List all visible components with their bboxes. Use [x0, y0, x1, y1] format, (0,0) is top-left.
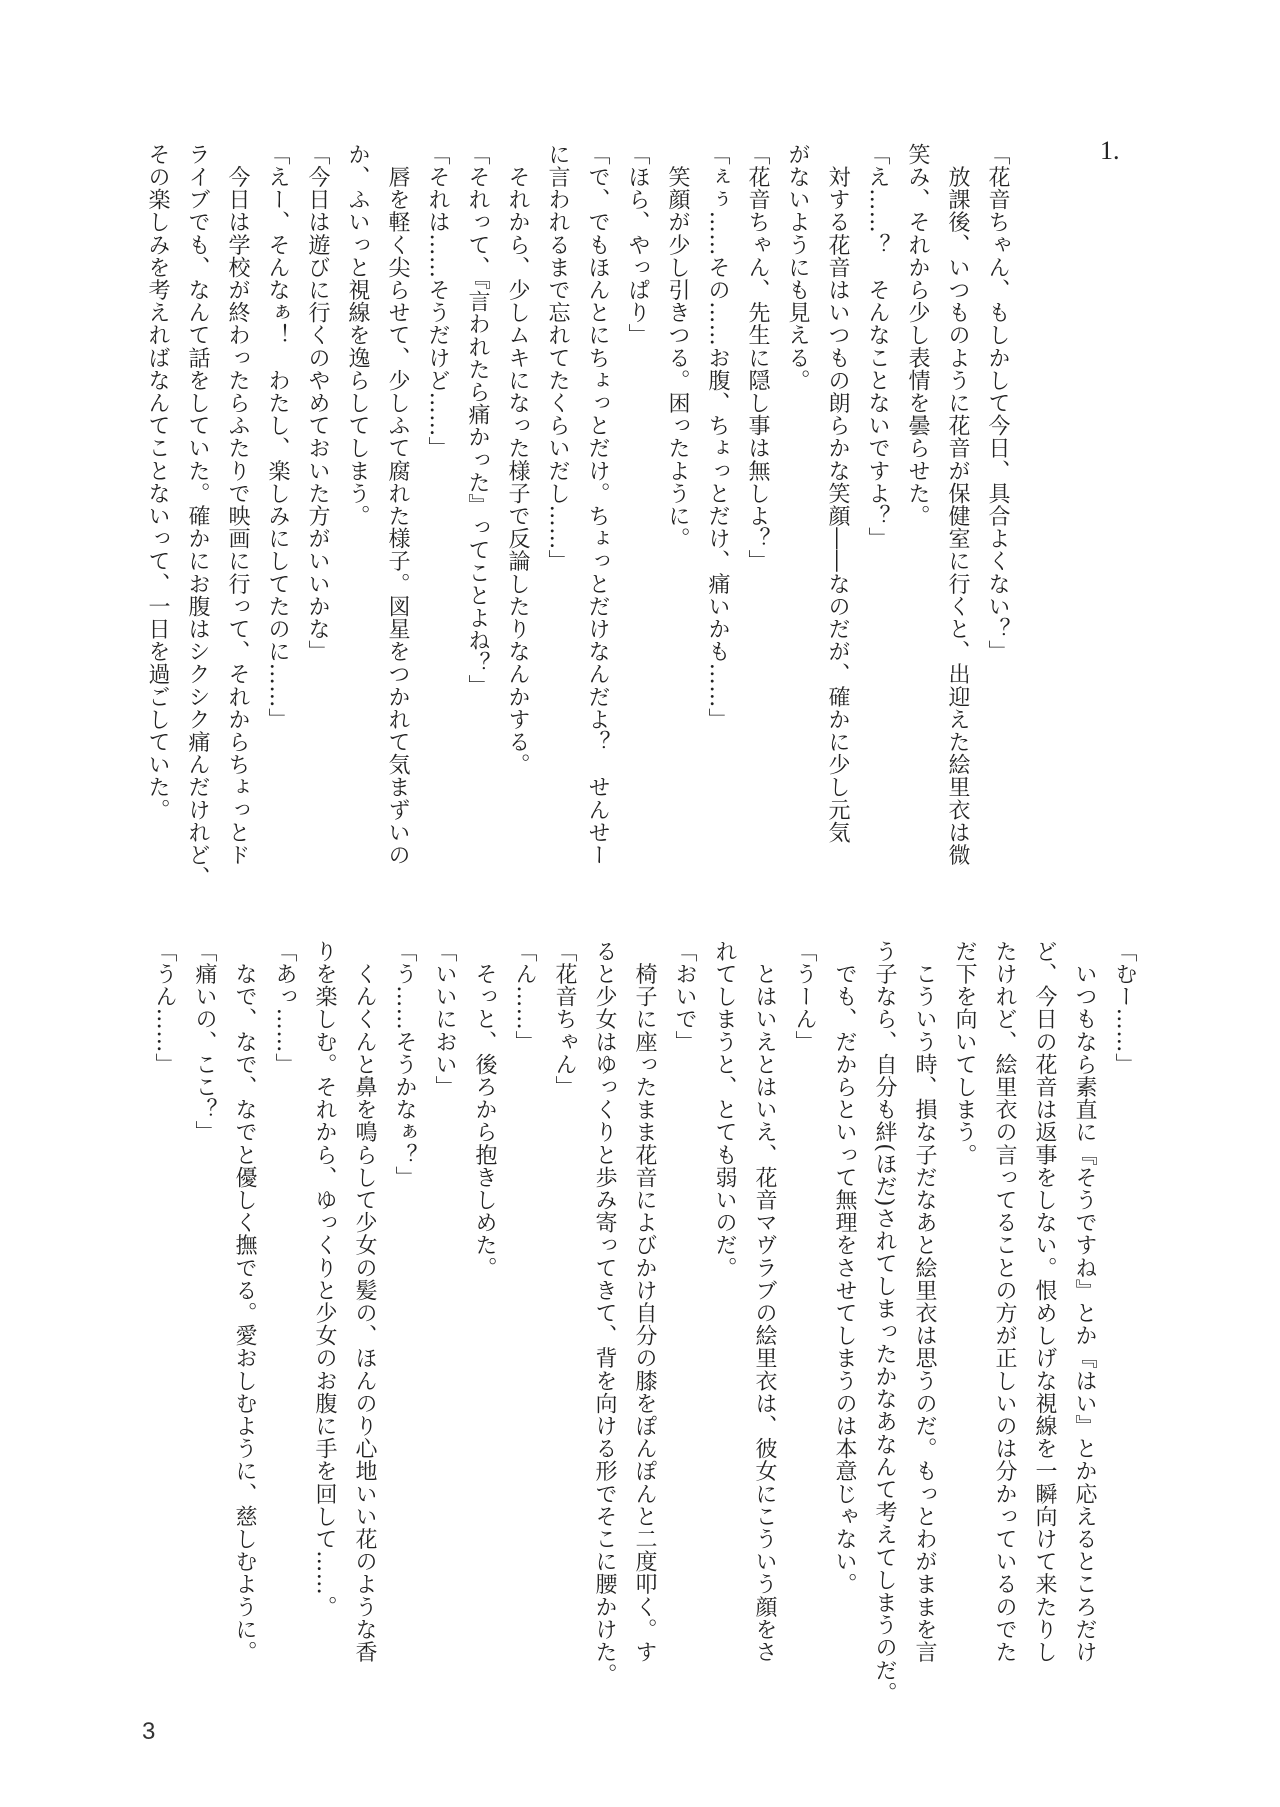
text-column: こういう時、損な子だなあと絵里衣は思うのだ。もっとわがままを言 [904, 940, 944, 1680]
text-block-top: 「花音ちゃん、もしかして今日、具合よくない？」 放課後、いつものように花音が保健… [137, 143, 1017, 883]
text-column: 「えー、そんなぁ！ わたし、楽しみにしてたのに……」 [257, 143, 297, 883]
text-column: か、ふいっと視線を逸らしてしまう。 [337, 143, 377, 883]
text-column: 「花音ちゃん、もしかして今日、具合よくない？」 [977, 143, 1017, 883]
text-column: 「で、でもほんとにちょっとだけ。ちょっとだけなんだよ？ せんせー [577, 143, 617, 883]
text-column: 「え……？ そんなことないですよ？」 [857, 143, 897, 883]
text-column: 「ぇぅ……その……お腹、ちょっとだけ、痛いかも……」 [697, 143, 737, 883]
text-column: 「ん……」 [504, 940, 544, 1680]
text-column: 「むー……」 [1104, 940, 1144, 1680]
text-column: そっと、後ろから抱きしめた。 [464, 940, 504, 1680]
text-column: 放課後、いつものように花音が保健室に行くと、出迎えた絵里衣は微 [937, 143, 977, 883]
text-column: 「今日は遊びに行くのやめておいた方がいいかな」 [297, 143, 337, 883]
text-column: だ下を向いてしまう。 [944, 940, 984, 1680]
text-column: に言われるまで忘れてたくらいだし……」 [537, 143, 577, 883]
text-column: 椅子に座ったまま花音によびかけ自分の膝をぽんぽんと二度叩く。す [624, 940, 664, 1680]
text-column: 対する花音はいつもの朗らかな笑顔――なのだが、確かに少し元気 [817, 143, 857, 883]
text-column: れてしまうと、とても弱いのだ。 [704, 940, 744, 1680]
text-column: 「それは……そうだけど……」 [417, 143, 457, 883]
text-column: 「おいで」 [664, 940, 704, 1680]
text-column: 今日は学校が終わったらふたりで映画に行って、それからちょっとド [217, 143, 257, 883]
text-column: でも、だからといって無理をさせてしまうのは本意じゃない。 [824, 940, 864, 1680]
text-column: 「花音ちゃん」 [544, 940, 584, 1680]
text-column: とはいえとはいえ、花音マヴラブの絵里衣は、彼女にこういう顔をさ [744, 940, 784, 1680]
book-page: 1. 「花音ちゃん、もしかして今日、具合よくない？」 放課後、いつものように花音… [0, 0, 1280, 1807]
text-column: りを楽しむ。それから、ゆっくりと少女のお腹に手を回して……。 [304, 940, 344, 1680]
text-column: 唇を軽く尖らせて、少しふて腐れた様子。図星をつかれて気まずいの [377, 143, 417, 883]
text-column: 「うーん」 [784, 940, 824, 1680]
text-column: 「いいにおい」 [424, 940, 464, 1680]
text-column: 「花音ちゃん、先生に隠し事は無しよ？」 [737, 143, 777, 883]
text-column: 「痛いの、ここ？」 [184, 940, 224, 1680]
text-column: いつもなら素直に『そうですね』とか『はい』とか応えるところだけ [1064, 940, 1104, 1680]
text-column: 「う……そうかなぁ？」 [384, 940, 424, 1680]
text-column: う子なら、自分も絆(ほだ)されてしまったかなあなんて考えてしまうのだ。 [864, 940, 904, 1680]
text-column: ライブでも、なんて話をしていた。確かにお腹はシクシク痛んだけれど、 [177, 143, 217, 883]
text-column: がないようにも見える。 [777, 143, 817, 883]
text-column: ると少女はゆっくりと歩み寄ってきて、背を向ける形でそこに腰かけた。 [584, 940, 624, 1680]
text-column: くんくんと鼻を鳴らして少女の髪の、ほんのり心地いい花のような香 [344, 940, 384, 1680]
chapter-number: 1. [1100, 136, 1120, 166]
text-column: 「それって、『言われたら痛かった』ってことよね？」 [457, 143, 497, 883]
text-column: ど、今日の花音は返事をしない。恨めしげな視線を一瞬向けて来たりし [1024, 940, 1064, 1680]
text-column: それから、少しムキになった様子で反論したりなんかする。 [497, 143, 537, 883]
text-column: 笑顔が少し引きつる。困ったように。 [657, 143, 697, 883]
text-column: たけれど、絵里衣の言ってることの方が正しいのは分かっているのでた [984, 940, 1024, 1680]
text-column: 「あっ……」 [264, 940, 304, 1680]
text-column: なで、なで、なでと優しく撫でる。愛おしむように、慈しむように。 [224, 940, 264, 1680]
text-column: その楽しみを考えればなんてことないって、一日を過ごしていた。 [137, 143, 177, 883]
text-column: 「ほら、やっぱり」 [617, 143, 657, 883]
text-column: 「うん……」 [144, 940, 184, 1680]
page-number: 3 [142, 1718, 155, 1746]
text-block-bottom: 「むー……」 いつもなら素直に『そうですね』とか『はい』とか応えるところだけど、… [144, 940, 1144, 1680]
text-column: 笑み、それから少し表情を曇らせた。 [897, 143, 937, 883]
